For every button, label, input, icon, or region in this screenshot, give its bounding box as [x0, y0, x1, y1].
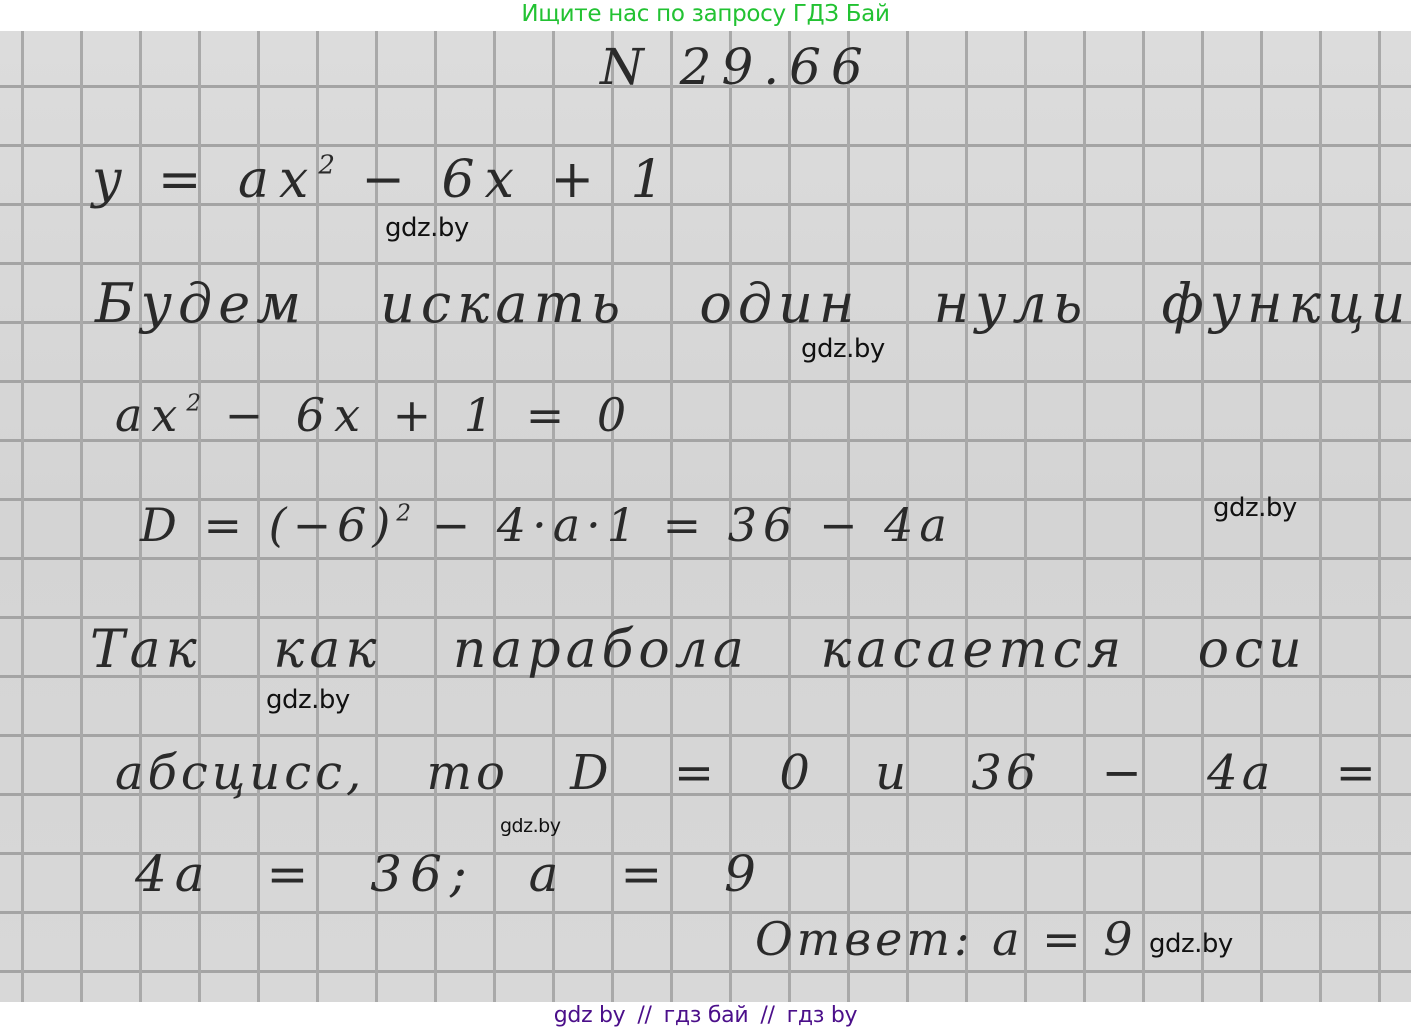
watermark: gdz.by — [1213, 493, 1297, 523]
footer-links: gdz by//гдз бай//гдз by — [0, 1002, 1411, 1032]
watermark: gdz.by — [500, 815, 560, 837]
solution-line-equation: ax2 − 6x + 1 = 0 — [115, 388, 635, 442]
solution-line-result: 4a = 36; a = 9 — [135, 845, 764, 903]
watermark: gdz.by — [385, 213, 469, 243]
footer-link-gdz-by-cyr[interactable]: гдз by — [787, 1003, 858, 1028]
footer-link-gdz-bai[interactable]: гдз бай — [664, 1003, 749, 1028]
footer-separator: // — [760, 1003, 774, 1028]
solution-line-function: y = ax2 − 6x + 1 — [92, 150, 674, 210]
watermark: gdz.by — [1149, 929, 1233, 959]
problem-number: N 29.66 — [600, 38, 873, 96]
solution-line-reasoning-2: абсцисс, то D = 0 и 36 − 4a = 0 — [115, 745, 1411, 801]
footer-link-gdz-by[interactable]: gdz by — [554, 1003, 626, 1028]
watermark: gdz.by — [266, 685, 350, 715]
search-hint-banner: Ищите нас по запросу ГДЗ Бай — [0, 0, 1411, 31]
solution-answer: Ответ: a = 9 — [755, 912, 1137, 966]
watermark: gdz.by — [801, 334, 885, 364]
solution-line-task: Будем искать один нуль функции — [95, 272, 1411, 335]
solution-line-discriminant: D = (−6)2 − 4·a·1 = 36 − 4a — [140, 498, 953, 552]
footer-separator: // — [637, 1003, 651, 1028]
solution-line-reasoning-1: Так как парабола касается оси — [90, 620, 1307, 680]
